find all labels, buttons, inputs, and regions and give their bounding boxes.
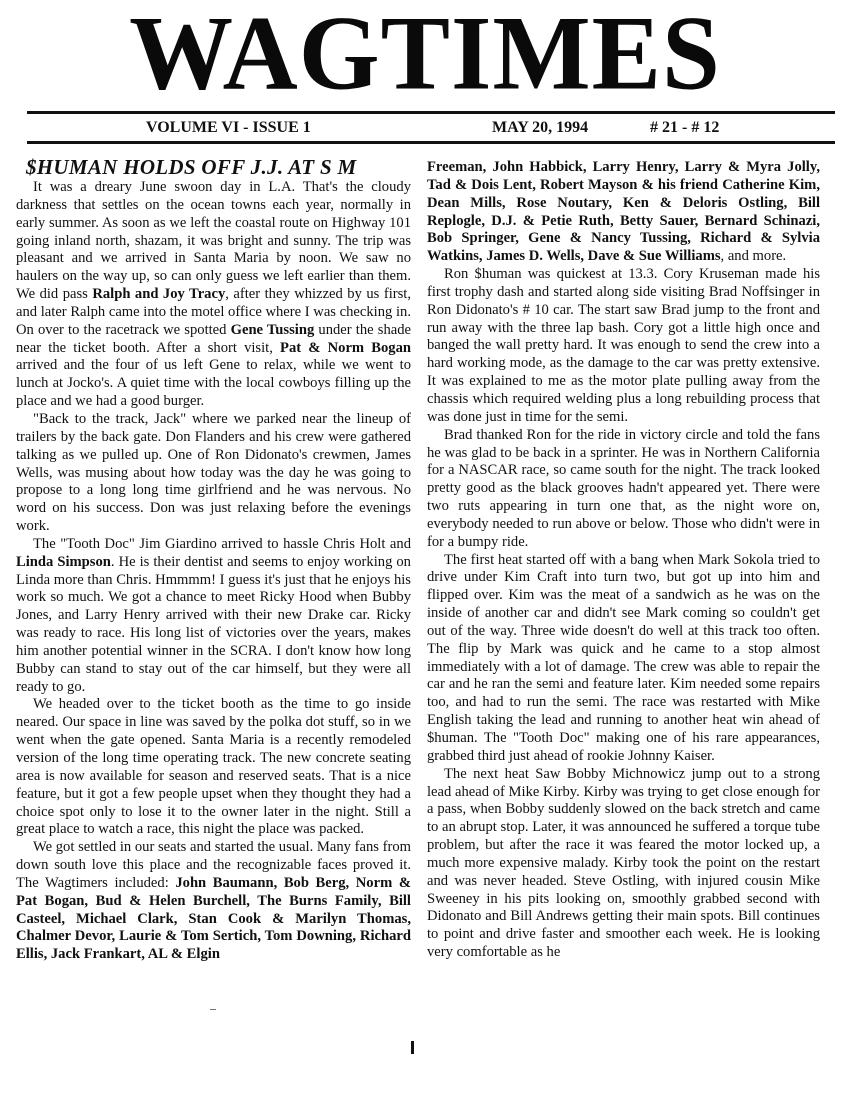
issue-numbers: # 21 - # 12 <box>650 119 719 137</box>
page-number <box>411 1041 414 1054</box>
article-headline: $HUMAN HOLDS OFF J.J. AT S M <box>26 156 411 178</box>
masthead-title: WAGTIMES <box>0 7 850 101</box>
paragraph: We headed over to the ticket booth as th… <box>16 696 411 839</box>
paragraph-text: , and more. <box>721 248 787 264</box>
name-highlight: Pat & Norm Bogan <box>280 340 411 356</box>
masthead-rule-top <box>27 111 835 114</box>
paragraph: "Back to the track, Jack" where we parke… <box>16 411 411 536</box>
name-highlight: Ralph and Joy Tracy <box>92 286 225 302</box>
name-highlight: Linda Simpson <box>16 554 111 570</box>
article-left-column: $HUMAN HOLDS OFF J.J. AT S M It was a dr… <box>16 156 411 964</box>
paragraph: It was a dreary June swoon day in L.A. T… <box>16 179 411 411</box>
paragraph: Ron $human was quickest at 13.3. Cory Kr… <box>427 266 820 427</box>
paragraph: Freeman, John Habbick, Larry Henry, Larr… <box>427 159 820 266</box>
issue-date: MAY 20, 1994 <box>492 119 588 137</box>
paragraph-text: . He is their dentist and seems to enjoy… <box>16 554 411 695</box>
stray-mark <box>210 1009 216 1010</box>
paragraph: The "Tooth Doc" Jim Giardino arrived to … <box>16 536 411 697</box>
paragraph: Brad thanked Ron for the ride in victory… <box>427 427 820 552</box>
issue-bar: VOLUME VI - ISSUE 1 MAY 20, 1994 # 21 - … <box>0 117 850 139</box>
masthead-rule-bottom <box>27 141 835 144</box>
name-highlight: Gene Tussing <box>231 322 315 338</box>
paragraph-text: It was a dreary June swoon day in L.A. T… <box>16 179 411 302</box>
paragraph: We got settled in our seats and started … <box>16 839 411 964</box>
paragraph-text: The "Tooth Doc" Jim Giardino arrived to … <box>33 536 411 552</box>
article-right-column: Freeman, John Habbick, Larry Henry, Larr… <box>427 159 820 962</box>
paragraph: The next heat Saw Bobby Michnowicz jump … <box>427 766 820 962</box>
paragraph-text: arrived and the four of us left Gene to … <box>16 357 411 409</box>
volume-issue: VOLUME VI - ISSUE 1 <box>146 119 311 137</box>
paragraph: The first heat started off with a bang w… <box>427 552 820 766</box>
